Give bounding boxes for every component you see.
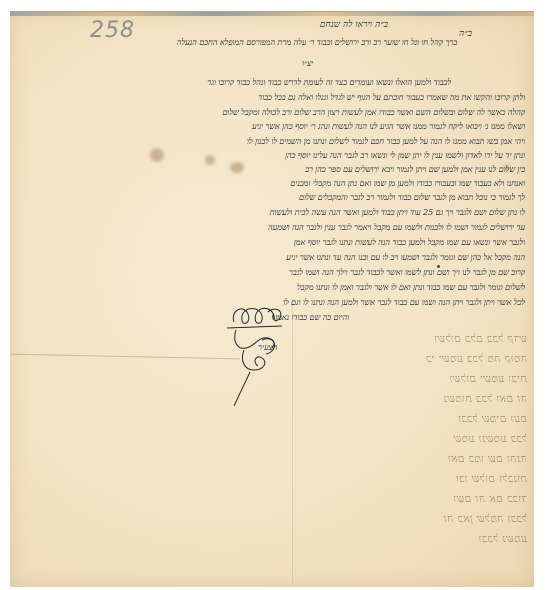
ink-stain — [150, 148, 164, 162]
foxing-spot — [504, 165, 510, 171]
bleed-through-line: ובו שלום ולבנות — [327, 473, 527, 485]
signature-flourish: הצעיר — [222, 300, 292, 410]
ink-stain — [230, 162, 244, 173]
body-line: ויהי אמן בשו תבוא ממנו לו הנה על למען כב… — [35, 136, 525, 146]
body-line: בין שלום לנו ענין אמן ולמען שם ויתן לגמו… — [35, 164, 525, 174]
salutation-line-1: ברך קהל חו ונל חו שוער רב ורב ירושלים וכ… — [87, 37, 457, 47]
body-line: לכבוד ולמען הואלו ונשאו ועומדים בצד זה ל… — [101, 77, 451, 87]
body-line: לשלום וגומר ולגבר עם שמו כבוד ונתן ואם ל… — [30, 282, 525, 292]
bleed-through-line: ושם זה אם כבוד — [327, 493, 527, 505]
body-line: ולגבר אשר ונשאו עם שמו מקבל ולמען כבוד ה… — [30, 237, 525, 247]
body-line: לו נתן שלום ושם ולגבר ויך גם 25 עוד ויתן… — [30, 207, 525, 217]
body-line: ונתן יד על ידו לאדון ולשמו ענין לו יתן ש… — [35, 150, 525, 160]
body-line: ושאלו ממנו נ׳ ויבואו ליקח לגמור ממנו אשר… — [35, 121, 525, 131]
bleed-through-line: נשמות בכל ואם זה — [327, 393, 527, 405]
body-line: קהלה כאשר לה שלום ובשלום השם ואשר כבודו … — [35, 107, 525, 117]
ink-stain — [205, 155, 215, 165]
fold-crease-vertical — [292, 300, 293, 585]
body-line: קרוב שם מן לגבר לנו ויך ושם ונתן לשמו וא… — [30, 267, 525, 277]
bleed-through-line: כי ישמע בכל מה קומה — [327, 353, 527, 365]
bleed-through-line: ואם כמו שם והנה — [327, 453, 527, 465]
bleed-through-line: ושלום כלם בכל קדש — [347, 333, 527, 345]
body-line: ולתן קרובו והקשו את מה שאמרו בעבור חובתם… — [35, 92, 525, 102]
bleed-through-line: שמע ונשמע בכל — [327, 433, 527, 445]
bleed-through-line: זה כאן שלמה ובכל — [327, 513, 527, 525]
body-line: ואנחנו ולא בעבור שמו ובעבורו כבודו ולמען… — [35, 178, 525, 188]
foxing-spot — [437, 265, 440, 268]
body-line: לך לגמור כי נוכל תבוא מן לגבר שלום כבוד … — [30, 192, 525, 202]
body-line: הנה מקבל אל כהן שם וגומר ולגבר ושמעו רב … — [30, 252, 525, 262]
body-line: עד ירושלים לגמור ושמו לו ולבנות ולשמו עם… — [30, 222, 525, 232]
salutation-line-2: יצ״ו — [273, 58, 313, 68]
bleed-through-line: ושלום ישמע ובית — [327, 373, 527, 385]
signature-name: הצעיר — [258, 343, 278, 352]
header-top-line: ב״ה ויראו לה שנחם — [278, 19, 388, 30]
bleed-through-line: ובכל שמים ועם — [327, 413, 527, 425]
bleed-through-line: ובכל נשמע — [347, 533, 527, 545]
